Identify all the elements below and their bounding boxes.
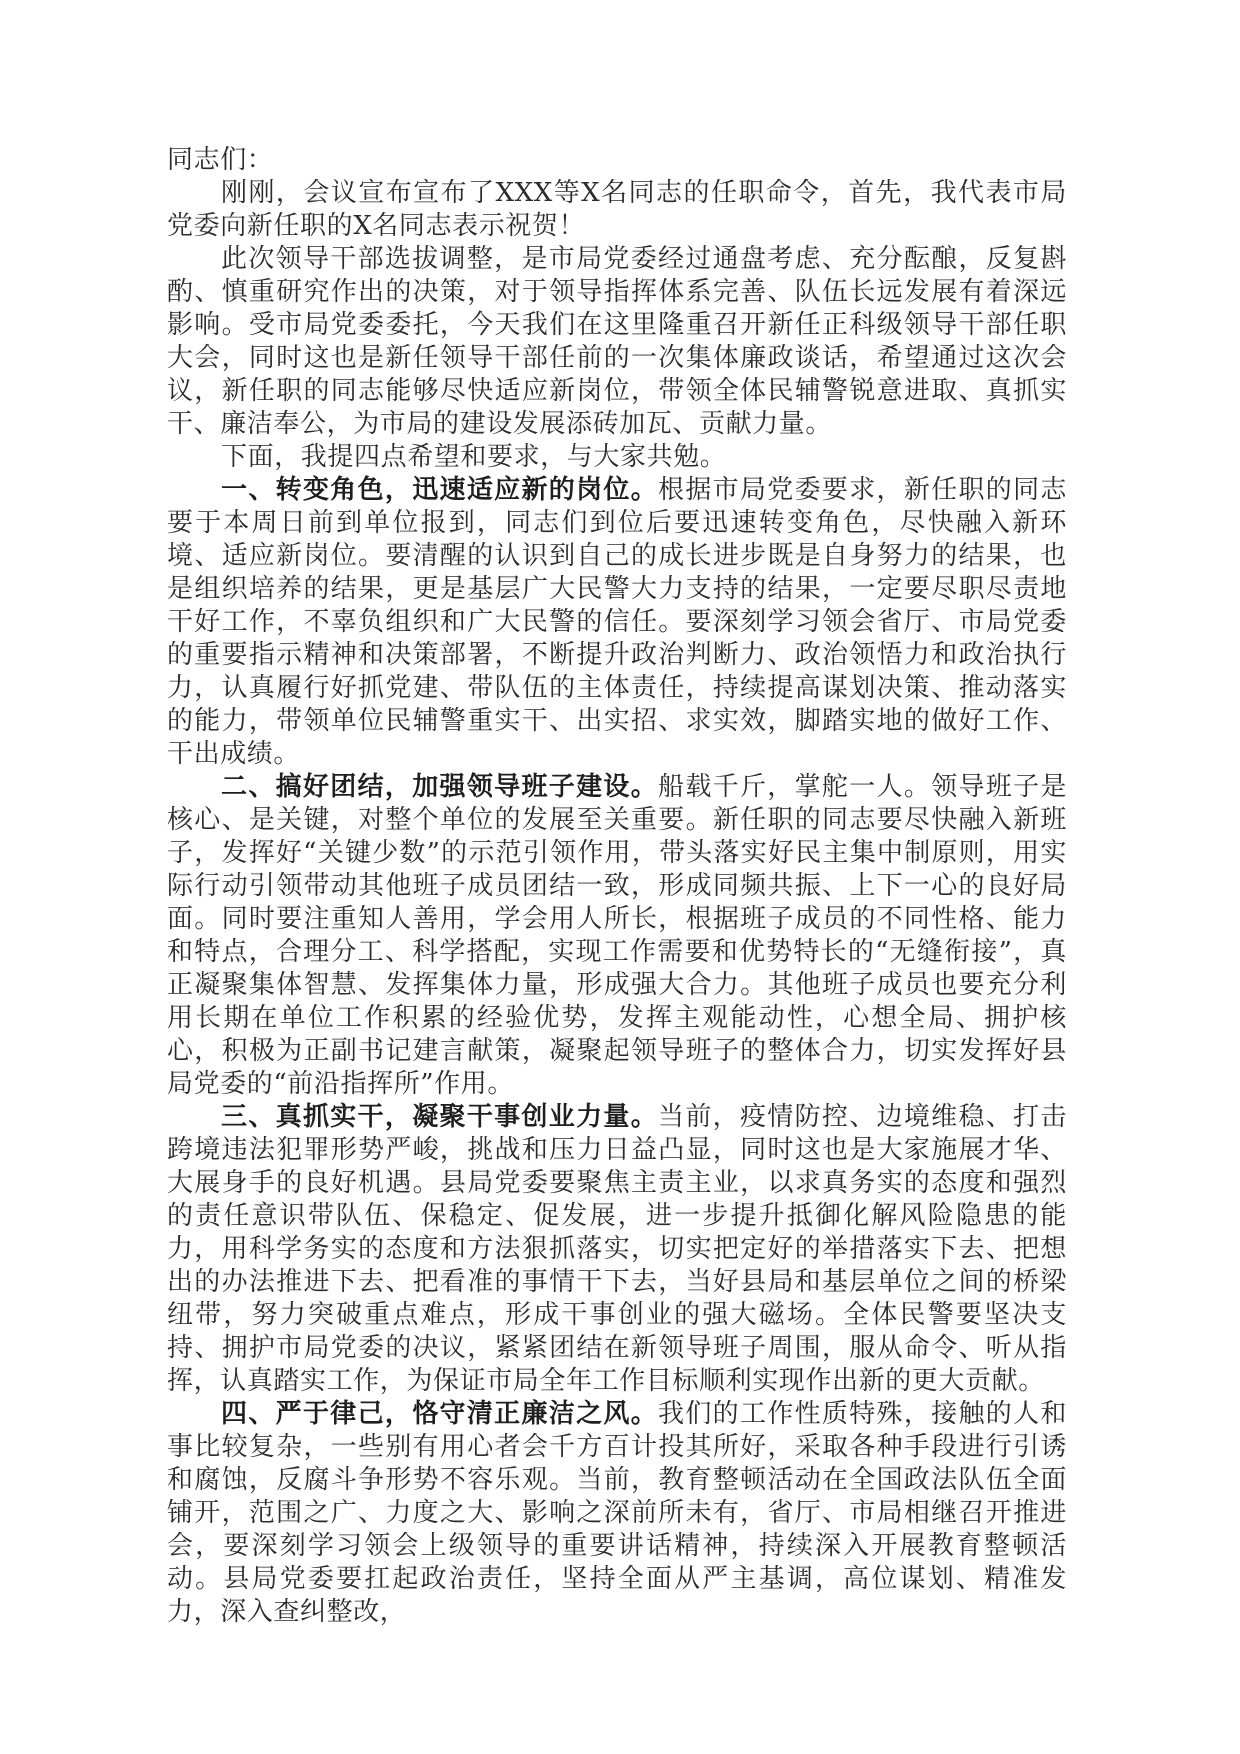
point-2-heading: 二、搞好团结，加强领导班子建设。 bbox=[221, 772, 658, 802]
paragraph-text: 当前，疫情防控、边境维稳、打击跨境违法犯罪形势严峻，挑战和压力日益凸显，同时这也… bbox=[167, 1102, 1067, 1396]
paragraph-context: 此次领导干部选拔调整，是市局党委经过通盘考虑、充分酝酿，反复斟酌、慎重研究作出的… bbox=[167, 243, 1067, 441]
paragraph-intro: 下面，我提四点希望和要求，与大家共勉。 bbox=[167, 441, 1067, 474]
paragraph-point-4: 四、严于律己，恪守清正廉洁之风。我们的工作性质特殊，接触的人和事比较复杂，一些别… bbox=[167, 1398, 1067, 1629]
paragraph-point-2: 二、搞好团结，加强领导班子建设。船载千斤，掌舵一人。领导班子是核心、是关键，对整… bbox=[167, 771, 1067, 1101]
point-4-heading: 四、严于律己，恪守清正廉洁之风。 bbox=[221, 1399, 658, 1429]
paragraph-text: 根据市局党委要求，新任职的同志要于本周日前到单位报到，同志们到位后要迅速转变角色… bbox=[167, 475, 1067, 769]
document-page: 同志们： 刚刚，会议宣布宣布了XXX等X名同志的任职命令，首先，我代表市局党委向… bbox=[167, 144, 1067, 1629]
paragraph-text: 我们的工作性质特殊，接触的人和事比较复杂，一些别有用心者会千方百计投其所好，采取… bbox=[167, 1399, 1067, 1627]
paragraph-opening: 刚刚，会议宣布宣布了XXX等X名同志的任职命令，首先，我代表市局党委向新任职的X… bbox=[167, 177, 1067, 243]
paragraph-text: 下面，我提四点希望和要求，与大家共勉。 bbox=[221, 442, 726, 472]
paragraph-text: 此次领导干部选拔调整，是市局党委经过通盘考虑、充分酝酿，反复斟酌、慎重研究作出的… bbox=[167, 244, 1067, 439]
paragraph-point-3: 三、真抓实干，凝聚干事创业力量。当前，疫情防控、边境维稳、打击跨境违法犯罪形势严… bbox=[167, 1101, 1067, 1398]
paragraph-text: 刚刚，会议宣布宣布了XXX等X名同志的任职命令，首先，我代表市局党委向新任职的X… bbox=[167, 178, 1067, 241]
salutation: 同志们： bbox=[167, 144, 1067, 177]
point-3-heading: 三、真抓实干，凝聚干事创业力量。 bbox=[221, 1102, 658, 1132]
paragraph-point-1: 一、转变角色，迅速适应新的岗位。根据市局党委要求，新任职的同志要于本周日前到单位… bbox=[167, 474, 1067, 771]
paragraph-text: 船载千斤，掌舵一人。领导班子是核心、是关键，对整个单位的发展至关重要。新任职的同… bbox=[167, 772, 1067, 1099]
point-1-heading: 一、转变角色，迅速适应新的岗位。 bbox=[221, 475, 658, 505]
